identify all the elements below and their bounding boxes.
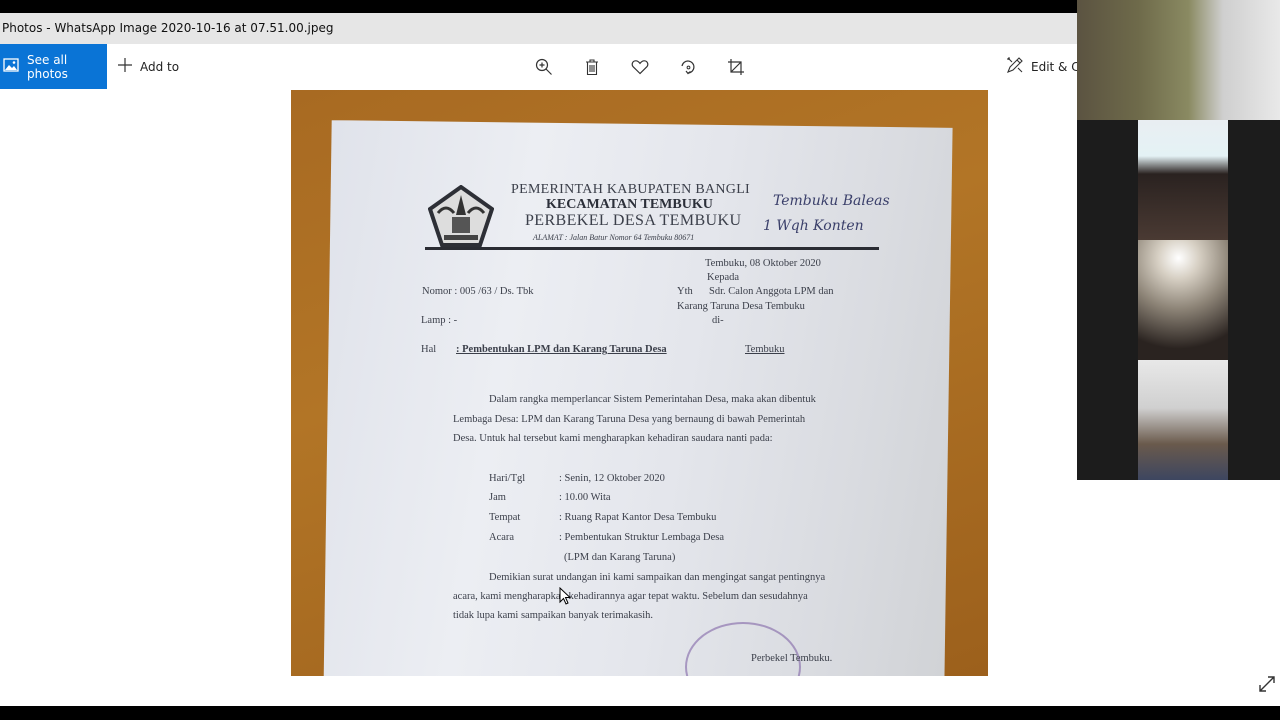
handwritten-note-line-2: 1 Wqh Konten — [763, 218, 864, 234]
detail-value-time: : 10.00 Wita — [559, 492, 611, 503]
edit-and-create-button[interactable]: Edit & Cr — [1006, 44, 1085, 89]
detail-label-day: Hari/Tgl — [489, 473, 525, 484]
bangli-regency-emblem-icon — [428, 185, 494, 247]
paragraph-1-line-2: Lembaga Desa: LPM dan Karang Taruna Desa… — [453, 414, 805, 425]
see-all-photos-button[interactable]: See all photos — [0, 44, 107, 89]
handwritten-note-line-1: Tembuku Baleas — [773, 193, 890, 209]
zoom-in-icon[interactable] — [533, 56, 555, 78]
paragraph-2-line-2: acara, kami mengharapkan kehadirannya ag… — [453, 591, 808, 602]
letterhead-line-3: PERBEKEL DESA TEMBUKU — [525, 212, 741, 230]
edit-pencil-icon — [1006, 56, 1024, 77]
letter-number: Nomor : 005 /63 / Ds. Tbk — [422, 286, 534, 297]
letterhead-address: ALAMAT : Jalan Batur Nomor 64 Tembuku 80… — [533, 233, 694, 242]
photo-gallery-icon — [3, 58, 19, 75]
subject-label: Hal — [421, 344, 436, 355]
detail-value-place: : Ruang Rapat Kantor Desa Tembuku — [559, 512, 716, 523]
detail-label-agenda: Acara — [489, 532, 514, 543]
yth-label: Yth — [677, 286, 693, 297]
participant-video-tile[interactable] — [1138, 240, 1228, 360]
mouse-pointer-icon — [559, 587, 571, 609]
recipient-line-2: Karang Taruna Desa Tembuku — [677, 301, 805, 312]
letterhead-divider — [425, 247, 879, 250]
add-to-button[interactable]: Add to — [117, 44, 179, 89]
subject-value: : Pembentukan LPM dan Karang Taruna Desa — [456, 344, 667, 355]
signature-title: Perbekel Tembuku. — [751, 653, 832, 664]
plus-icon — [117, 57, 133, 76]
participant-video-active-speaker[interactable] — [1077, 0, 1280, 120]
participant-video-tile[interactable] — [1138, 360, 1228, 480]
detail-value-day: : Senin, 12 Oktober 2020 — [559, 473, 665, 484]
crop-icon[interactable] — [725, 56, 747, 78]
letterhead-line-1: PEMERINTAH KABUPATEN BANGLI — [511, 182, 750, 198]
paragraph-2-line-3: tidak lupa kami sampaikan banyak terimak… — [453, 610, 653, 621]
paragraph-1-line-1: Dalam rangka memperlancar Sistem Pemerin… — [489, 394, 816, 405]
detail-label-time: Jam — [489, 492, 506, 503]
expand-fullscreen-icon[interactable] — [1257, 674, 1279, 696]
recipient-line-1: Sdr. Calon Anggota LPM dan — [709, 286, 834, 297]
rotate-icon[interactable] — [677, 56, 699, 78]
see-all-photos-label: See all photos — [27, 53, 107, 81]
detail-label-place: Tempat — [489, 512, 520, 523]
paragraph-1-line-3: Desa. Untuk hal tersebut kami mengharapk… — [453, 433, 773, 444]
favorite-heart-icon[interactable] — [629, 56, 651, 78]
delete-icon[interactable] — [581, 56, 603, 78]
letterhead-line-2: KECAMATAN TEMBUKU — [546, 197, 713, 213]
video-call-panel — [1077, 0, 1280, 480]
attachment-line: Lamp : - — [421, 315, 457, 326]
screen-bottom-border — [0, 706, 1280, 720]
subject-extra: Tembuku — [745, 344, 785, 355]
participant-video-tile[interactable] — [1138, 120, 1228, 240]
kepada-label: Kepada — [707, 272, 739, 283]
detail-value-agenda-cont: (LPM dan Karang Taruna) — [564, 552, 675, 563]
place-date: Tembuku, 08 Oktober 2020 — [705, 258, 821, 269]
document-photo: PEMERINTAH KABUPATEN BANGLI KECAMATAN TE… — [291, 90, 988, 676]
detail-value-agenda: : Pembentukan Struktur Lembaga Desa — [559, 532, 724, 543]
paragraph-2-line-1: Demikian surat undangan ini kami sampaik… — [489, 572, 825, 583]
add-to-label: Add to — [140, 60, 179, 74]
recipient-di: di- — [712, 315, 724, 326]
